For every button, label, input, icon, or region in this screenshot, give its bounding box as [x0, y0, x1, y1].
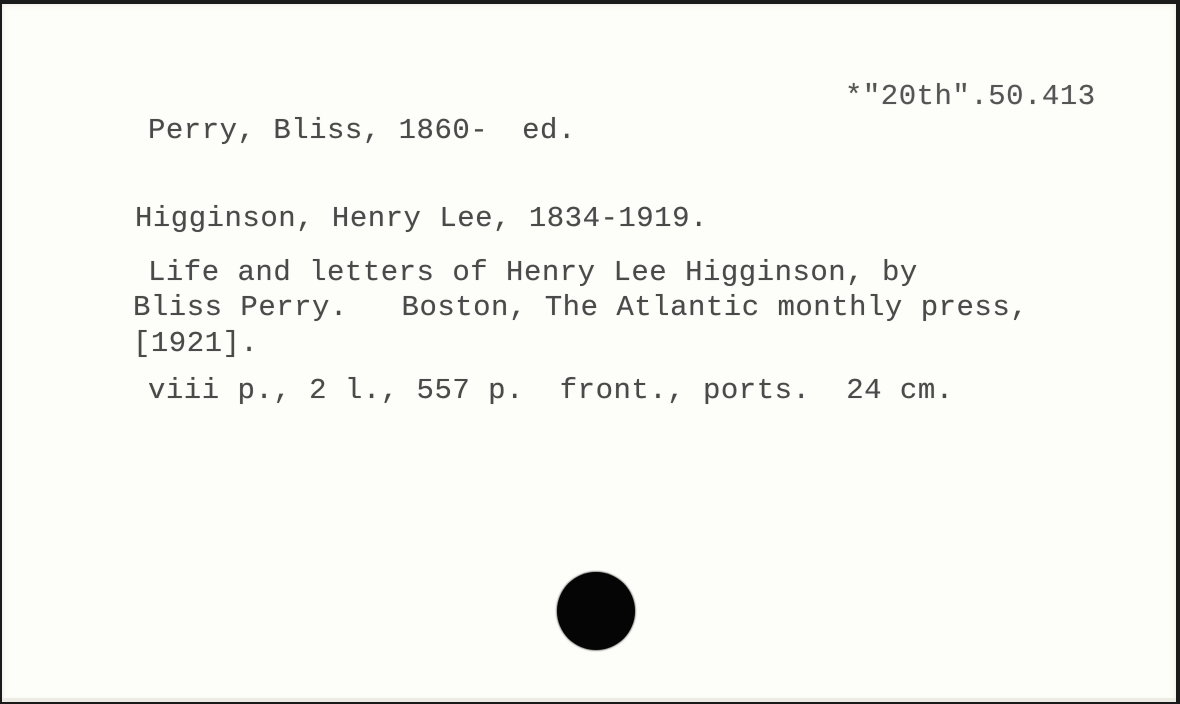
call-number: *"20th".50.413 — [845, 82, 1096, 111]
main-entry: Perry, Bliss, 1860-ed. — [148, 116, 576, 145]
main-entry-role: ed. — [522, 114, 576, 147]
collation: viii p., 2 l., 557 p. front., ports. 24 … — [148, 376, 954, 405]
title-line-3: [1921]. — [133, 329, 258, 358]
subject-heading: Higginson, Henry Lee, 1834-1919. — [135, 204, 708, 233]
punch-hole-icon — [557, 572, 635, 650]
title-line-1: Life and letters of Henry Lee Higginson,… — [148, 258, 918, 287]
main-entry-name: Perry, Bliss, 1860- — [148, 114, 488, 147]
title-line-2: Bliss Perry. Boston, The Atlantic monthl… — [133, 293, 1028, 322]
